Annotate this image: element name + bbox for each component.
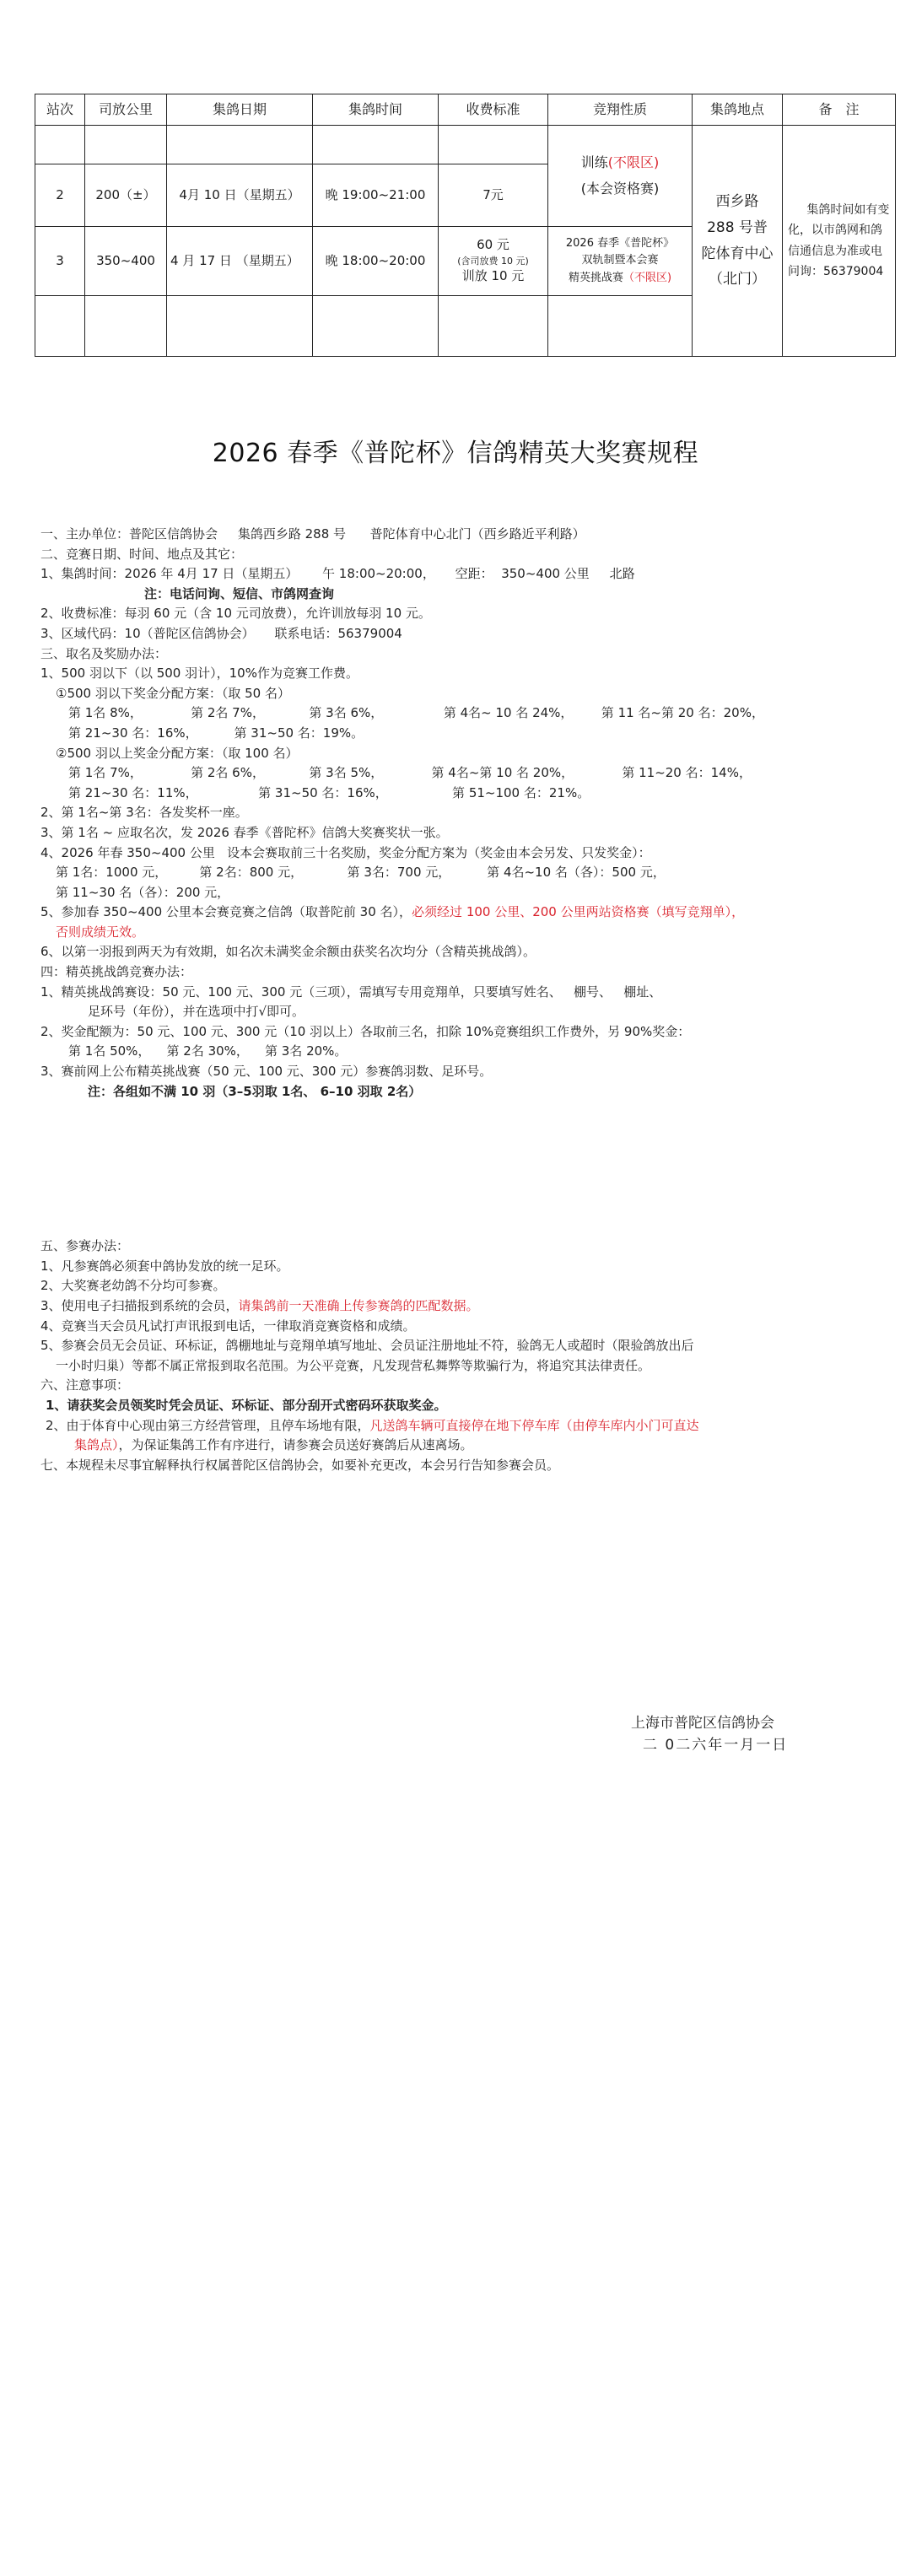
qualification-warning-cont: 否则成绩无效。 [40,923,892,943]
fee-main: 60 元 [442,236,544,255]
cell-station [35,126,85,164]
nature-training-label: 训练 [581,154,608,170]
cell-fee [439,126,548,164]
section-5-item-3: 3、使用电子扫描报到系统的会员，请集鸽前一天准确上传参赛鸽的匹配数据。 [40,1296,892,1317]
cell-date [167,296,313,357]
section-5-heading: 五、参赛办法： [40,1237,892,1257]
prize-plan-under-500-heading: ①500 羽以下奖金分配方案：（取 50 名） [40,684,892,704]
section-4-note: 注：各组如不满 10 羽（3–5羽取 1名、 6–10 羽取 2名） [40,1082,892,1102]
schedule-table: 站次 司放公里 集鸽日期 集鸽时间 收费标准 竞翔性质 集鸽地点 备 注 训练(… [35,94,896,357]
signature-date: 二 0二六年一月一日 [631,1734,788,1756]
cell-fee: 60 元 (含司放费 10 元) 训放 10 元 [439,227,548,296]
section-5-item-1: 1、凡参赛鸽必须套中鸽协发放的统一足环。 [40,1257,892,1277]
section-6-item-2-cont: 集鸽点），为保证集鸽工作有序进行，请参赛会员送好赛鸽后从速离场。 [40,1436,892,1456]
item-3-text: 3、使用电子扫描报到系统的会员， [40,1298,239,1313]
parking-notice-cont: 集鸽点） [74,1437,119,1452]
section-3-item-2: 2、第 1名~第 3名：各发奖杯一座。 [40,803,892,823]
cell-date: 4月 10 日（星期五） [167,164,313,227]
cell-nature [548,296,693,357]
cell-time [313,126,439,164]
section-2-item-1: 1、集鸽时间：2026 年 4月 17 日（星期五） 午 18:00~20:00… [40,564,892,585]
section-3-item-5: 5、参加春 350~400 公里本会赛竞赛之信鸽（取普陀前 30 名），必须经过… [40,903,892,923]
header-remark: 备 注 [783,94,896,126]
signature-org: 上海市普陀区信鸽协会 [631,1712,788,1734]
section-6-item-1: 1、请获奖会员领奖时凭会员证、环标证、部分刮开式密码环获取奖金。 [40,1396,892,1416]
section-7: 七、本规程未尽事宜解释执行权属普陀区信鸽协会，如要补充更改，本会另行告知参赛会员… [40,1456,892,1476]
nature-line2: (本会资格赛) [552,176,688,202]
table-row: 训练(不限区) (本会资格赛) 西乡路 288 号普陀体育中心（北门） 集鸽时间… [35,126,896,164]
item-2-suffix: ，为保证集鸽工作有序进行，请参赛会员送好赛鸽后从速离场。 [119,1437,473,1452]
nature-line2: 双轨制暨本会赛 [552,252,688,269]
header-distance: 司放公里 [85,94,167,126]
prize-plan-under-500-line-1: 第 1名 8%， 第 2名 7%， 第 3名 6%， 第 4名~ 10 名 24… [40,703,892,724]
cell-date [167,126,313,164]
section-3-item-4: 4、2026 年春 350~400 公里 设本会赛取前三十名奖励，奖金分配方案为… [40,843,892,864]
cell-time: 晚 19:00~21:00 [313,164,439,227]
header-date: 集鸽日期 [167,94,313,126]
section-6-heading: 六、注意事项： [40,1376,892,1396]
section-4-item-2-cont: 第 1名 50%， 第 2名 30%， 第 3名 20%。 [40,1042,892,1062]
cell-distance [85,126,167,164]
nature-unrestricted-label: (不限区) [608,154,660,170]
cell-nature-elite: 2026 春季《普陀杯》 双轨制暨本会赛 精英挑战赛（不限区) [548,227,693,296]
nature-elite-label: 精英挑战赛 [569,272,623,284]
section-5-item-4: 4、竞赛当天会员凡试打声讯报到电话，一律取消竞赛资格和成绩。 [40,1317,892,1337]
nature-line1: 训练(不限区) [552,150,688,175]
header-time: 集鸽时间 [313,94,439,126]
cell-time [313,296,439,357]
prize-plan-over-500-heading: ②500 羽以上奖金分配方案：（取 100 名） [40,744,892,764]
item-5-text: 5、参加春 350~400 公里本会赛竞赛之信鸽（取普陀前 30 名）， [40,904,412,919]
section-2-heading: 二、竞赛日期、时间、地点及其它： [40,545,892,565]
section-2-note: 注：电话问询、短信、市鸽网查询 [40,585,892,605]
cell-fee [439,296,548,357]
header-nature: 竞翔性质 [548,94,693,126]
spacer [40,1102,892,1237]
qualification-warning: 必须经过 100 公里、200 公里两站资格赛（填写竞翔单）， [412,904,744,919]
club-prize-line-2: 第 11~30 名（各）：200 元， [40,883,892,903]
nature-unrestricted-label: （不限区) [623,272,671,284]
cell-location: 西乡路 288 号普陀体育中心（北门） [693,126,783,357]
cell-nature-training: 训练(不限区) (本会资格赛) [548,126,693,227]
document-title: 2026 春季《普陀杯》信鸽精英大奖赛规程 [0,432,911,469]
section-2-item-2: 2、收费标准：每羽 60 元（含 10 元司放费），允许训放每羽 10 元。 [40,604,892,624]
upload-data-warning: 请集鸽前一天准确上传参赛鸽的匹配数据。 [239,1298,479,1313]
section-3-item-3: 3、第 1名 ~ 应取名次，发 2026 春季《普陀杯》信鸽大奖赛奖状一张。 [40,823,892,843]
section-5-item-2: 2、大奖赛老幼鸽不分均可参赛。 [40,1276,892,1296]
fee-extra: 训放 10 元 [442,267,544,286]
prize-plan-over-500-line-1: 第 1名 7%， 第 2名 6%， 第 3名 5%， 第 4名~第 10 名 2… [40,763,892,784]
item-2-text: 2、由于体育中心现由第三方经营管理，且停车场地有限， [46,1418,370,1433]
header-location: 集鸽地点 [693,94,783,126]
section-4-item-2: 2、奖金配额为：50 元、100 元、300 元（10 羽以上）各取前三名，扣除… [40,1022,892,1043]
nature-line1: 2026 春季《普陀杯》 [552,235,688,252]
cell-station [35,296,85,357]
cell-station: 3 [35,227,85,296]
cell-time: 晚 18:00~20:00 [313,227,439,296]
section-6-item-2: 2、由于体育中心现由第三方经营管理，且停车场地有限，凡送鸽车辆可直接停在地下停车… [40,1416,892,1436]
prize-plan-over-500-line-2: 第 21~30 名：11%， 第 31~50 名：16%， 第 51~100 名… [40,784,892,804]
nature-line3: 精英挑战赛（不限区) [552,270,688,287]
cell-distance: 200（±） [85,164,167,227]
remark-text: 集鸽时间如有变化，以市鸽网和鸽信通信息为准或电问询：56379004 [786,200,892,283]
parking-notice: 凡送鸽车辆可直接停在地下停车库（由停车库内小门可直达 [370,1418,699,1433]
cell-remark: 集鸽时间如有变化，以市鸽网和鸽信通信息为准或电问询：56379004 [783,126,896,357]
cell-station: 2 [35,164,85,227]
section-1-organizer: 一、主办单位：普陀区信鸽协会 集鸽西乡路 288 号 普陀体育中心北门（西乡路近… [40,525,892,545]
fee-note: (含司放费 10 元) [442,255,544,268]
club-prize-line-1: 第 1名：1000 元， 第 2名：800 元， 第 3名：700 元， 第 4… [40,863,892,883]
section-5-item-5: 5、参赛会员无会员证、环标证，鸽棚地址与竞翔单填写地址、会员证注册地址不符，验鸽… [40,1336,892,1356]
cell-distance [85,296,167,357]
regulation-body: 一、主办单位：普陀区信鸽协会 集鸽西乡路 288 号 普陀体育中心北门（西乡路近… [40,525,892,1475]
section-2-item-3: 3、区域代码：10（普陀区信鸽协会） 联系电话：56379004 [40,624,892,644]
header-fee: 收费标准 [439,94,548,126]
section-3-item-6: 6、以第一羽报到两天为有效期，如名次未满奖金余额由获奖名次均分（含精英挑战鸽）。 [40,942,892,962]
cell-fee: 7元 [439,164,548,227]
section-3-item-1: 1、500 羽以下（以 500 羽计），10%作为竞赛工作费。 [40,664,892,684]
cell-date: 4 月 17 日 （星期五） [167,227,313,296]
table-header-row: 站次 司放公里 集鸽日期 集鸽时间 收费标准 竞翔性质 集鸽地点 备 注 [35,94,896,126]
section-4-heading: 四：精英挑战鸽竞赛办法： [40,962,892,983]
signature-block: 上海市普陀区信鸽协会 二 0二六年一月一日 [631,1712,788,1756]
section-4-item-1-cont: 足环号（年份），并在选项中打√即可。 [40,1002,892,1022]
section-3-heading: 三、取名及奖励办法： [40,644,892,665]
header-station: 站次 [35,94,85,126]
prize-plan-under-500-line-2: 第 21~30 名：16%， 第 31~50 名：19%。 [40,724,892,744]
location-text: 西乡路 288 号普陀体育中心（北门） [696,189,779,292]
cell-distance: 350~400 [85,227,167,296]
section-5-item-5-cont: 一小时归巢）等都不属正常报到取名范围。为公平竞赛，凡发现营私舞弊等欺骗行为，将追… [40,1356,892,1377]
section-4-item-1: 1、精英挑战鸽赛设：50 元、100 元、300 元（三项），需填写专用竞翔单，… [40,983,892,1003]
section-4-item-3: 3、赛前网上公布精英挑战赛（50 元、100 元、300 元）参赛鸽羽数、足环号… [40,1062,892,1082]
